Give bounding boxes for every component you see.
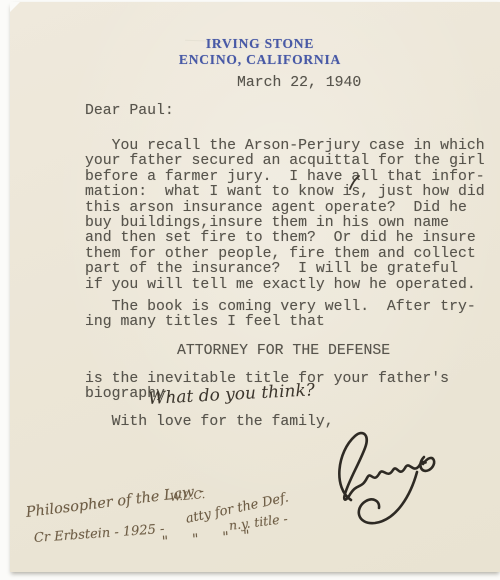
closing-line: With love for the family, bbox=[85, 415, 334, 430]
letterhead: IRVING STONE ENCINO, CALIFORNIA bbox=[110, 36, 410, 67]
date-line: March 22, 1940 bbox=[237, 76, 361, 91]
letterhead-name: IRVING STONE bbox=[110, 36, 410, 52]
letterhead-location: ENCINO, CALIFORNIA bbox=[110, 52, 410, 68]
salutation: Dear Paul: bbox=[85, 104, 174, 119]
paper-corner bbox=[10, 2, 20, 12]
signature-irving bbox=[305, 426, 470, 538]
paragraph-2: The book is coming very well. After try-… bbox=[85, 300, 476, 331]
paragraph-1: You recall the Arson-Perjury case in whi… bbox=[85, 139, 485, 293]
handwritten-comma-mark bbox=[349, 175, 360, 190]
book-title: ATTORNEY FOR THE DEFENSE bbox=[177, 344, 390, 359]
